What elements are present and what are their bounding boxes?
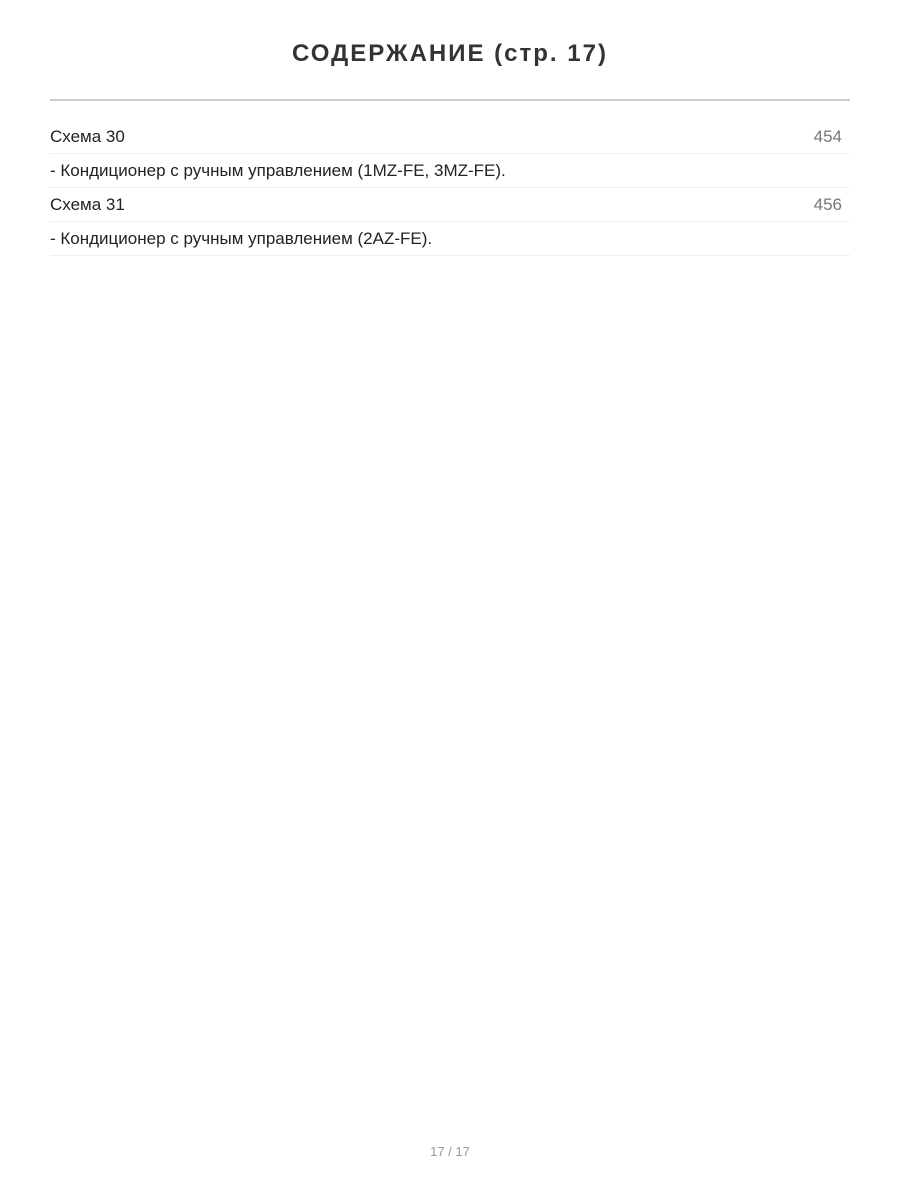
toc-entry-schema-30[interactable]: Схема 30 454 (50, 120, 850, 154)
toc-entry-description: - Кондиционер с ручным управлением (1MZ-… (50, 154, 850, 188)
toc-entry-label: Схема 30 (50, 127, 125, 147)
toc-entry-page-number: 454 (814, 127, 842, 147)
toc-entry-label: - Кондиционер с ручным управлением (1MZ-… (50, 161, 506, 181)
page-title: СОДЕРЖАНИЕ (стр. 17) (0, 38, 900, 70)
toc-entry-schema-31[interactable]: Схема 31 456 (50, 188, 850, 222)
table-of-contents: Схема 30 454 - Кондиционер с ручным упра… (50, 120, 850, 256)
page-indicator: 17 / 17 (0, 1143, 900, 1161)
toc-entry-description: - Кондиционер с ручным управлением (2AZ-… (50, 222, 850, 256)
toc-entry-label: - Кондиционер с ручным управлением (2AZ-… (50, 229, 432, 249)
toc-entry-page-number: 456 (814, 195, 842, 215)
toc-entry-label: Схема 31 (50, 195, 125, 215)
title-divider (50, 99, 850, 101)
